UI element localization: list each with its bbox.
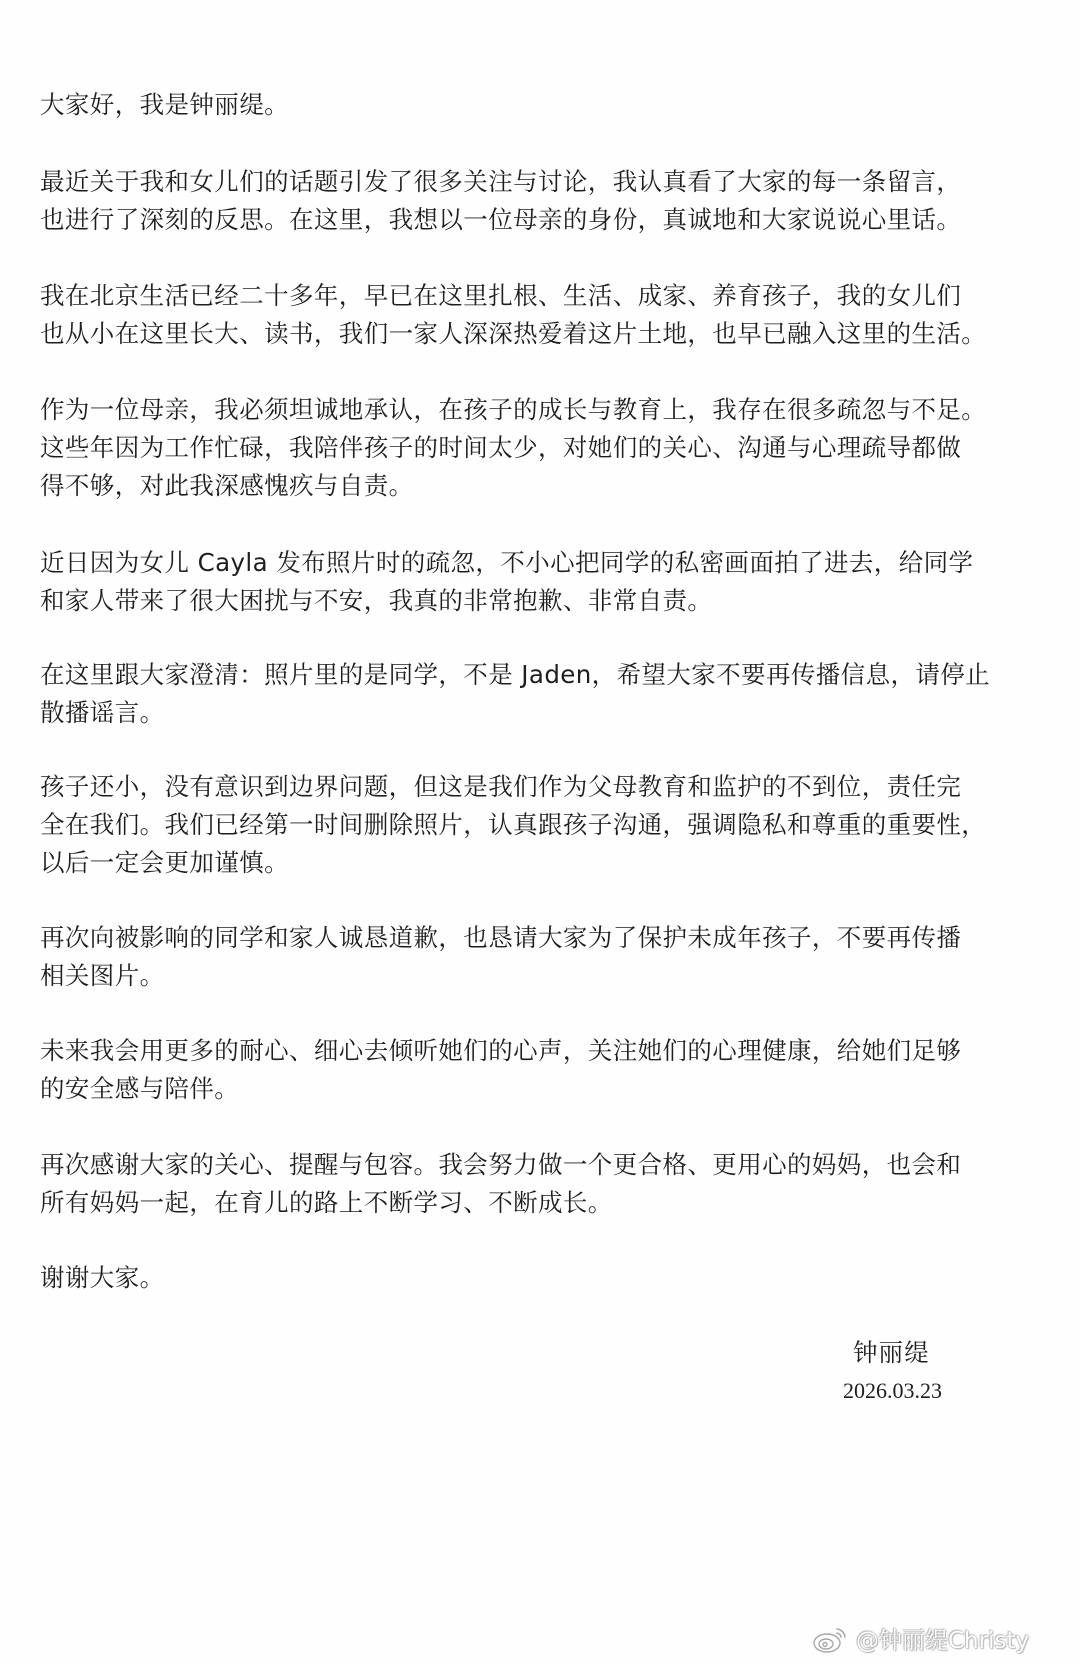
text-line: 在这里跟大家澄清：照片里的是同学，不是 Jaden，希望大家不要再传播信息，请停… xyxy=(40,656,1015,694)
paragraph-apology: 再次向被影响的同学和家人诚恳道歉，也恳请大家为了保护未成年孩子，不要再传播 相关… xyxy=(40,919,1015,995)
paragraph-thanks: 再次感谢大家的关心、提醒与包容。我会努力做一个更合格、更用心的妈妈，也会和 所有… xyxy=(40,1146,1015,1222)
text-line: 最近关于我和女儿们的话题引发了很多关注与讨论，我认真看了大家的每一条留言， xyxy=(40,163,1015,201)
text-line: 得不够，对此我深感愧疚与自责。 xyxy=(40,467,1015,505)
text-line: 再次感谢大家的关心、提醒与包容。我会努力做一个更合格、更用心的妈妈，也会和 xyxy=(40,1146,1015,1184)
text-line: 也从小在这里长大、读书，我们一家人深深热爱着这片土地，也早已融入这里的生活。 xyxy=(40,315,1015,353)
text-line: 孩子还小，没有意识到边界问题，但这是我们作为父母教育和监护的不到位，责任完 xyxy=(40,768,1015,806)
statement-page: 大家好，我是钟丽缇。 最近关于我和女儿们的话题引发了很多关注与讨论，我认真看了大… xyxy=(0,0,1080,1664)
text-line: 作为一位母亲，我必须坦诚地承认，在孩子的成长与教育上，我存在很多疏忽与不足。 xyxy=(40,391,1015,429)
greeting-paragraph: 大家好，我是钟丽缇。 xyxy=(40,86,1015,124)
text-line: 散播谣言。 xyxy=(40,694,1015,732)
paragraph-mother: 作为一位母亲，我必须坦诚地承认，在孩子的成长与教育上，我存在很多疏忽与不足。 这… xyxy=(40,391,1015,505)
paragraph-future: 未来我会用更多的耐心、细心去倾听她们的心声，关注她们的心理健康，给她们足够 的安… xyxy=(40,1032,1015,1108)
paragraph-responsibility: 孩子还小，没有意识到边界问题，但这是我们作为父母教育和监护的不到位，责任完 全在… xyxy=(40,768,1015,882)
text-line: 所有妈妈一起，在育儿的路上不断学习、不断成长。 xyxy=(40,1184,1015,1222)
signature-name: 钟丽缇 xyxy=(853,1334,930,1372)
weibo-watermark: @钟丽缇Christy xyxy=(812,1622,1029,1655)
paragraph-beijing: 我在北京生活已经二十多年，早已在这里扎根、生活、成家、养育孩子，我的女儿们 也从… xyxy=(40,277,1015,353)
text-line: 这些年因为工作忙碌，我陪伴孩子的时间太少，对她们的关心、沟通与心理疏导都做 xyxy=(40,429,1015,467)
text-line: 再次向被影响的同学和家人诚恳道歉，也恳请大家为了保护未成年孩子，不要再传播 xyxy=(40,919,1015,957)
signature-date: 2026.03.23 xyxy=(843,1372,942,1410)
paragraph-attention: 最近关于我和女儿们的话题引发了很多关注与讨论，我认真看了大家的每一条留言， 也进… xyxy=(40,163,1015,239)
text-line: 和家人带来了很大困扰与不安，我真的非常抱歉、非常自责。 xyxy=(40,582,1015,620)
paragraph-incident: 近日因为女儿 Cayla 发布照片时的疏忽，不小心把同学的私密画面拍了进去，给同… xyxy=(40,544,1015,620)
text-line: 也进行了深刻的反思。在这里，我想以一位母亲的身份，真诚地和大家说说心里话。 xyxy=(40,201,1015,239)
text-line: 近日因为女儿 Cayla 发布照片时的疏忽，不小心把同学的私密画面拍了进去，给同… xyxy=(40,544,1015,582)
text-line: 大家好，我是钟丽缇。 xyxy=(40,86,1015,124)
weibo-icon xyxy=(812,1624,850,1654)
text-line: 我在北京生活已经二十多年，早已在这里扎根、生活、成家、养育孩子，我的女儿们 xyxy=(40,277,1015,315)
text-line: 相关图片。 xyxy=(40,957,1015,995)
closing-paragraph: 谢谢大家。 xyxy=(40,1259,1015,1297)
paragraph-clarification: 在这里跟大家澄清：照片里的是同学，不是 Jaden，希望大家不要再传播信息，请停… xyxy=(40,656,1015,732)
text-line: 全在我们。我们已经第一时间删除照片，认真跟孩子沟通，强调隐私和尊重的重要性， xyxy=(40,806,1015,844)
text-line: 谢谢大家。 xyxy=(40,1259,1015,1297)
text-line: 未来我会用更多的耐心、细心去倾听她们的心声，关注她们的心理健康，给她们足够 xyxy=(40,1032,1015,1070)
text-line: 以后一定会更加谨慎。 xyxy=(40,844,1015,882)
text-line: 的安全感与陪伴。 xyxy=(40,1070,1015,1108)
watermark-handle: @钟丽缇Christy xyxy=(856,1622,1029,1655)
